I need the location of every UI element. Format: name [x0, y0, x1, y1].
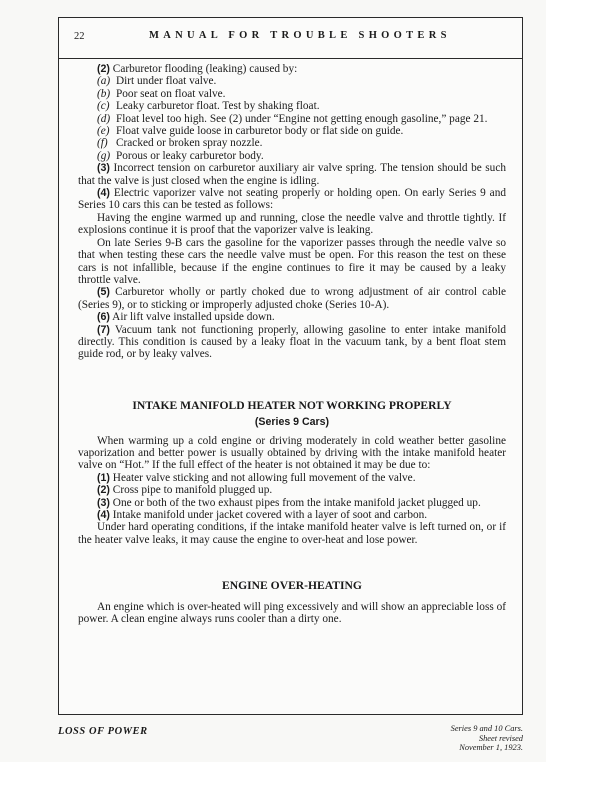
list-item-5: (5) Carburetor wholly or partly choked d… [78, 286, 506, 311]
footer-revision-note: Series 9 and 10 Cars. Sheet revised Nove… [451, 724, 523, 753]
paragraph-test: Having the engine warmed up and running,… [78, 212, 506, 237]
sub-item-g: (g)Porous or leaky carburetor body. [78, 150, 506, 162]
paragraph-late-series: On late Series 9-B cars the gasoline for… [78, 237, 506, 287]
page-header: 22 MANUAL FOR TROUBLE SHOOTERS [59, 18, 522, 59]
section-heading-intake-manifold: INTAKE MANIFOLD HEATER NOT WORKING PROPE… [78, 400, 506, 412]
paragraph-intro: When warming up a cold engine or driving… [78, 435, 506, 472]
list-item-4: (4) Electric vaporizer valve not seating… [78, 187, 506, 212]
sub-item-c: (c)Leaky carburetor float. Test by shaki… [78, 100, 506, 112]
sub-item-a: (a)Dirt under float valve. [78, 75, 506, 87]
section-subheading: (Series 9 Cars) [78, 416, 506, 428]
running-title: MANUAL FOR TROUBLE SHOOTERS [149, 30, 451, 41]
footer-section-title: LOSS OF POWER [58, 726, 148, 737]
section-heading-overheating: ENGINE OVER-HEATING [78, 580, 506, 592]
sub-item-b: (b)Poor seat on float valve. [78, 88, 506, 100]
list-item: (4) Intake manifold under jacket covered… [78, 509, 506, 521]
sub-item-e: (e)Float valve guide loose in carburetor… [78, 125, 506, 137]
list-item-6: (6) Air lift valve installed upside down… [78, 311, 506, 323]
footer-date: November 1, 1923. [451, 743, 523, 753]
list-item: (1) Heater valve sticking and not allowi… [78, 472, 506, 484]
item-number: (2) [97, 63, 110, 75]
list-item-3: (3) Incorrect tension on carburetor auxi… [78, 162, 506, 187]
sub-item-f: (f)Cracked or broken spray nozzle. [78, 137, 506, 149]
page-body: (2) Carburetor flooding (leaking) caused… [78, 63, 506, 625]
list-item: (3) One or both of the two exhaust pipes… [78, 497, 506, 509]
page-frame: 22 MANUAL FOR TROUBLE SHOOTERS (2) Carbu… [58, 17, 523, 715]
paragraph-overheating: An engine which is over-heated will ping… [78, 601, 506, 626]
footer-sheet-revised: Sheet revised [451, 734, 523, 744]
list-item: (2) Cross pipe to manifold plugged up. [78, 484, 506, 496]
footer-series: Series 9 and 10 Cars. [451, 724, 523, 734]
list-item-2: (2) Carburetor flooding (leaking) caused… [78, 63, 506, 75]
list-item-7: (7) Vacuum tank not functioning properly… [78, 324, 506, 361]
sub-item-d: (d)Float level too high. See (2) under “… [78, 113, 506, 125]
paragraph-closing: Under hard operating conditions, if the … [78, 521, 506, 546]
page-number: 22 [74, 31, 85, 42]
item-text: Carburetor flooding (leaking) caused by: [113, 63, 297, 75]
